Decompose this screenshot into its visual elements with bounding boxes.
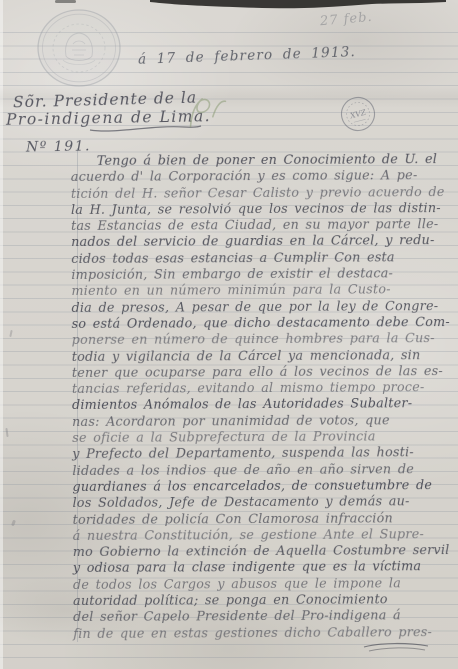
- manuscript-line: so está Ordenado, que dicho destacamento…: [72, 314, 456, 332]
- manuscript-line: toridades de policía Con Clamorosa infra…: [73, 510, 457, 528]
- manuscript-line: ponerse en número de quince hombres para…: [72, 330, 456, 348]
- scanned-letter-page: 27 feb. á 17 de febrero de 1913. Sõr. Pr…: [0, 0, 458, 669]
- manuscript-line: nados del servicio de guardias en la Cár…: [71, 232, 455, 250]
- manuscript-line: miento en un número minimún para la Cust…: [71, 281, 455, 299]
- stamp-monogram: XVZ: [348, 108, 367, 121]
- manuscript-line: tancias referidas, evitando al mismo tie…: [72, 379, 456, 397]
- letter-body: Tengo á bien de poner en Conocimiento de…: [71, 151, 458, 642]
- manuscript-line: fin de que en estas gestiones dicho Caba…: [73, 624, 457, 642]
- manuscript-line: y Prefecto del Departamento, suspenda la…: [72, 444, 456, 462]
- pencil-annotation: 27 feb.: [319, 10, 373, 30]
- manuscript-line: se oficie a la Subprefectura de la Provi…: [72, 428, 456, 446]
- embossed-seal-icon: [35, 8, 123, 88]
- manuscript-line: autoridad política; se ponga en Conocimi…: [73, 591, 457, 609]
- manuscript-line: tición del H. señor Cesar Calisto y prev…: [71, 184, 455, 202]
- manuscript-line: imposición, Sin embargo de existir el de…: [71, 265, 455, 283]
- manuscript-line: mo Gobierno la extinción de Aquella Cost…: [73, 542, 457, 560]
- signature-flourish: [362, 641, 432, 655]
- manuscript-line: á nuestra Constitución, se gestione Ante…: [73, 526, 457, 544]
- manuscript-line: del señor Capelo Presidente del Pro-indi…: [73, 607, 457, 625]
- manuscript-line: todia y vigilancia de la Cárcel ya menci…: [72, 347, 456, 365]
- manuscript-line: lidades a los indios que de año en año s…: [72, 461, 456, 479]
- manuscript-line: dimientos Anómalos de las Autoridades Su…: [72, 395, 456, 413]
- manuscript-line: la H. Junta, se resolvió que los vecinos…: [71, 200, 455, 218]
- manuscript-line: nas: Acordaron por unanimidad de votos, …: [72, 412, 456, 430]
- manuscript-line: dia de presos, A pesar de que por la ley…: [71, 298, 455, 316]
- manuscript-line: de todos los Cargos y abusos que le impo…: [73, 575, 457, 593]
- manuscript-line: los Soldados, Jefe de Destacamento y dem…: [73, 493, 457, 511]
- manuscript-line: cidos todas esas estancias a Cumplir Con…: [71, 249, 455, 267]
- manuscript-line: guardianes á los encarcelados, de consue…: [72, 477, 456, 495]
- manuscript-line: Tengo á bien de poner en Conocimiento de…: [71, 151, 455, 169]
- manuscript-line: tener que ocuparse para ello á los vecin…: [72, 363, 456, 381]
- manuscript-line: tas Estancias de esta Ciudad, en su mayo…: [71, 216, 455, 234]
- manuscript-line: acuerdo d' la Corporación y es como sigu…: [71, 167, 455, 185]
- manuscript-line: y odiosa para la clase indigente que es …: [73, 558, 457, 576]
